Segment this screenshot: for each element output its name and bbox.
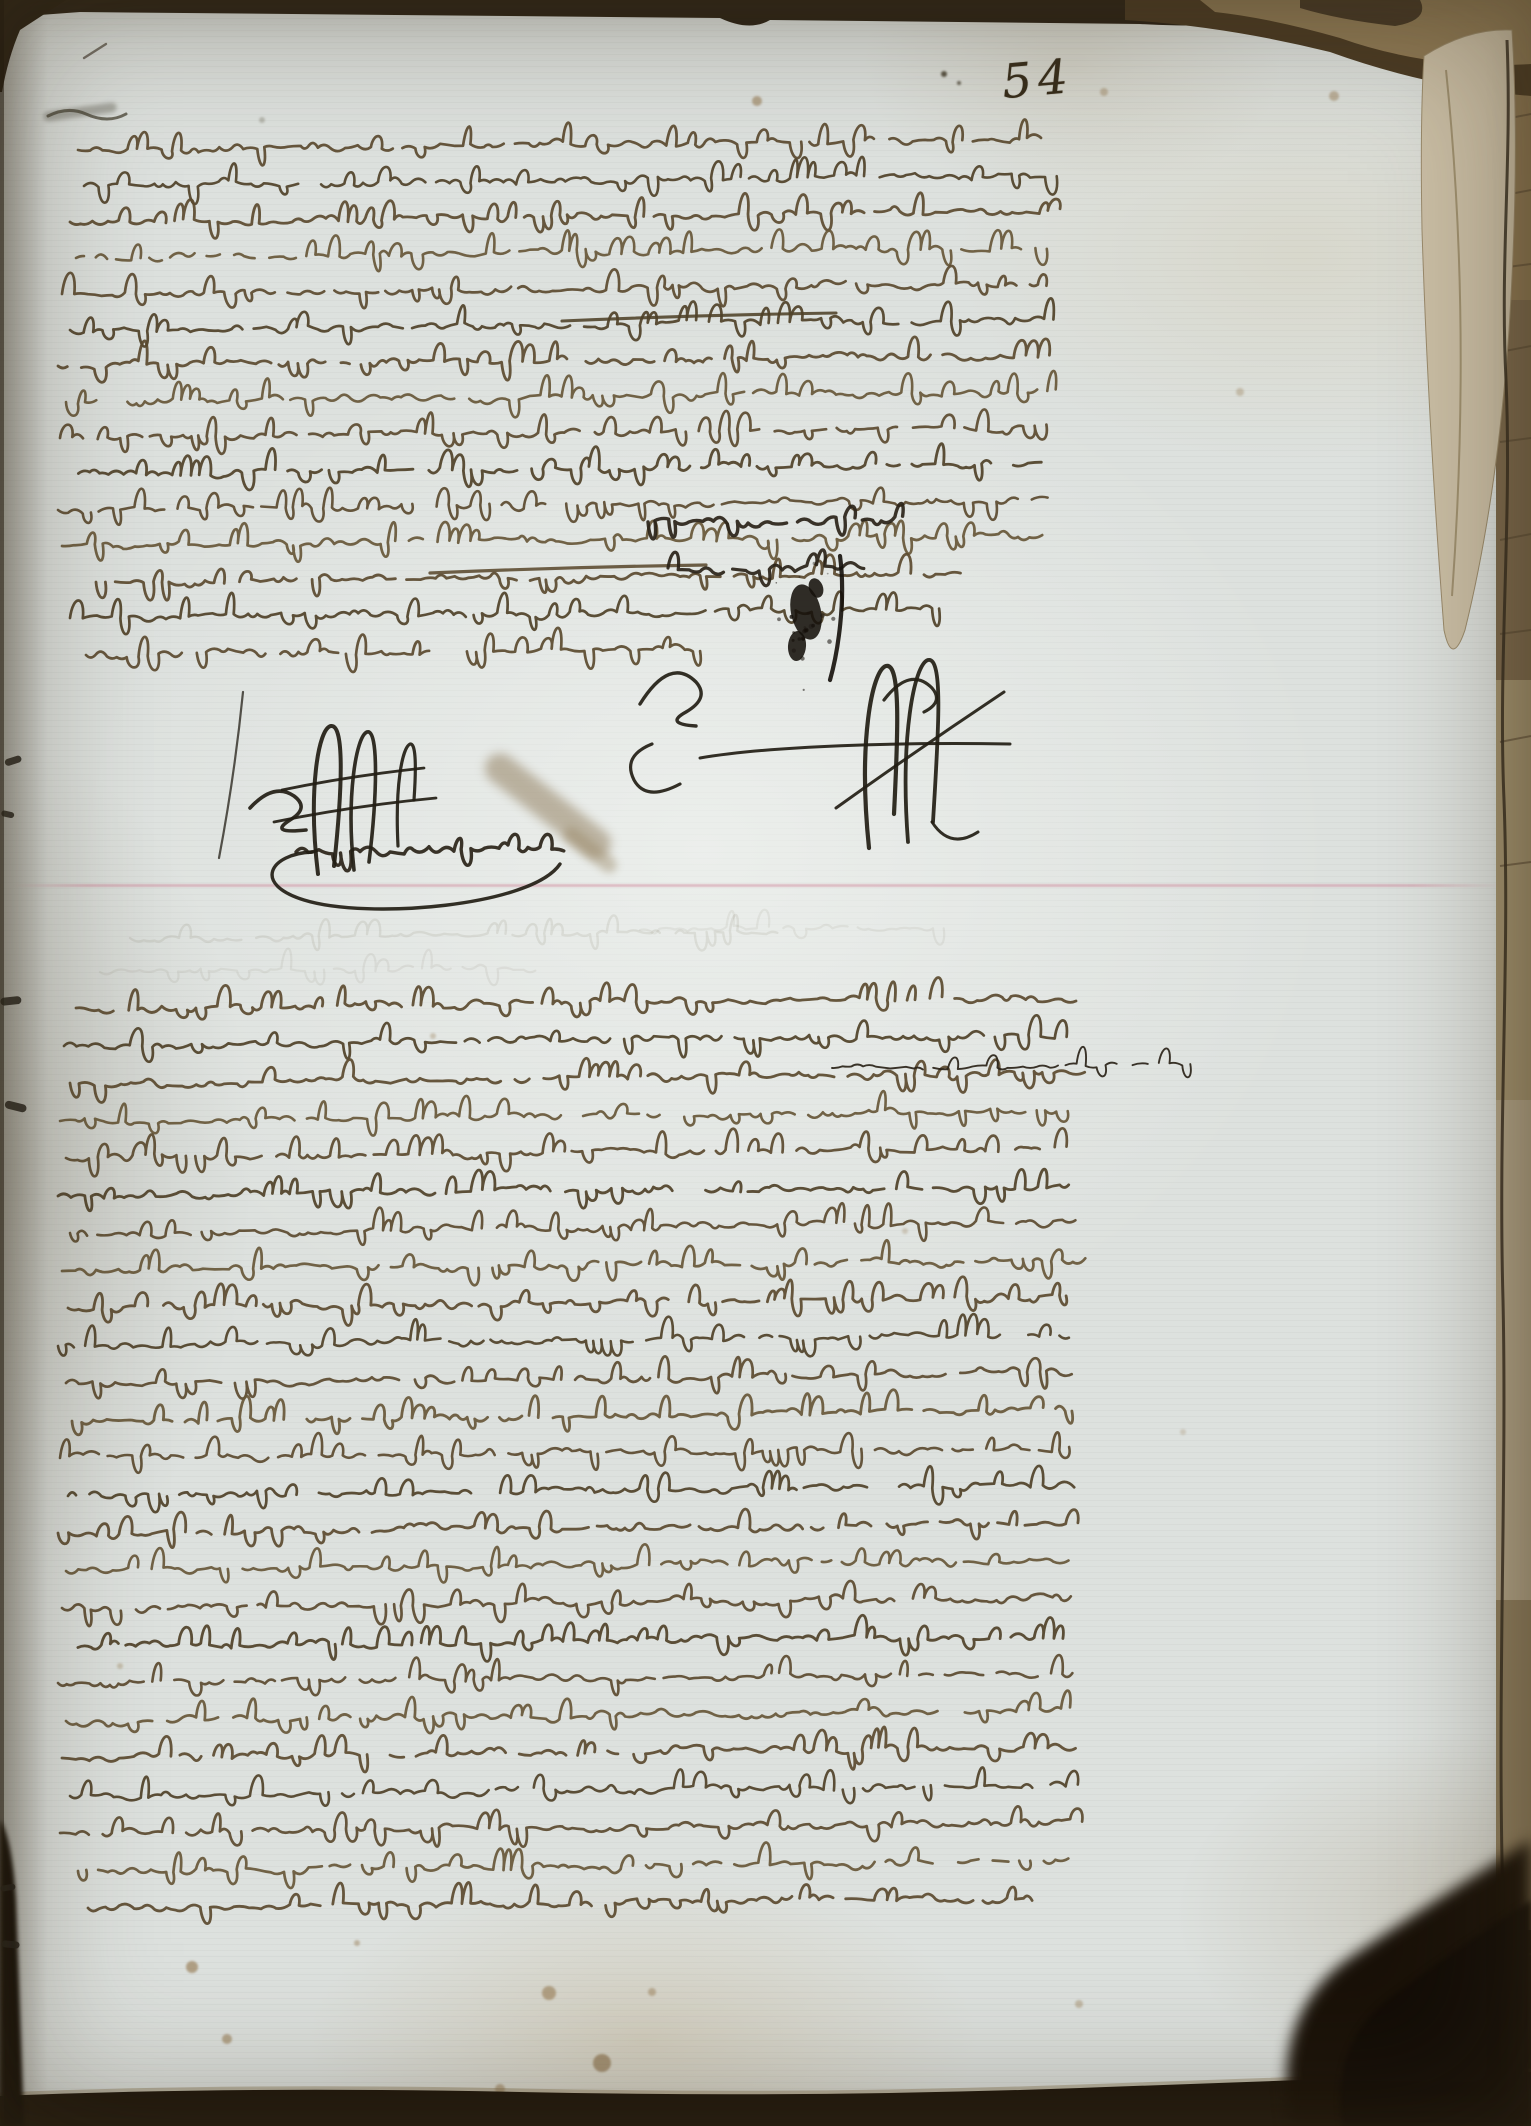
- page-number-folio: 54: [1000, 49, 1076, 110]
- ruled-pink-line: [12, 884, 1504, 887]
- manuscript-photo: 54: [0, 0, 1531, 2126]
- paper-page: [0, 0, 1531, 2126]
